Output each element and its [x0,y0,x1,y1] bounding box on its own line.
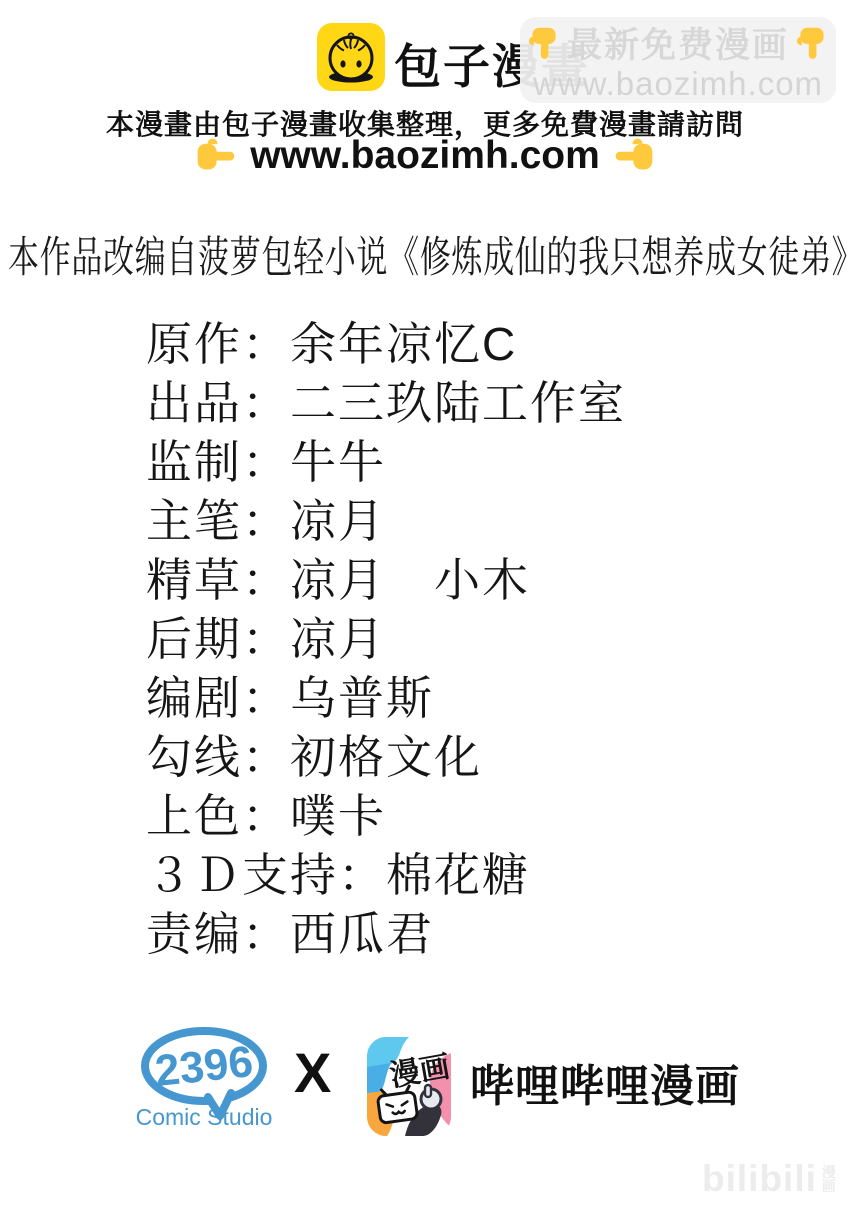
point-left-icon [612,134,656,178]
credit-line: 监制：牛牛 [146,433,626,492]
collab-x-mark: X [294,1040,331,1105]
credit-line: 编剧：乌普斯 [146,669,626,728]
credits-list: 原作：余年凉忆C 出品：二三玖陆工作室 监制：牛牛 主笔：凉月 精草：凉月 小木… [146,315,626,964]
credit-line: 原作：余年凉忆C [146,315,626,374]
studio-number: 2396 [153,1037,255,1096]
promo-line: 最新免费漫画 [525,18,831,68]
baozi-logo-icon [317,23,385,91]
bilibili-manga-label: 哔哩哔哩漫画 [470,1050,740,1114]
point-down-icon [525,24,563,62]
credit-line: 上色：噗卡 [146,787,626,846]
credit-line: 精草：凉月 小木 [146,551,626,610]
adaptation-note: 本作品改编自菠萝包轻小说《修炼成仙的我只想养成女徒弟》 [8,224,850,285]
studio-label: Comic Studio [132,1104,276,1131]
site-url-line: www.baozimh.com [0,134,850,178]
promo-url: www.baozimh.com [533,65,823,103]
promo-banner: 最新免费漫画 www.baozimh.com [520,17,836,103]
site-url: www.baozimh.com [250,134,600,178]
bilibili-watermark: bilibili 漫 画 [702,1158,836,1200]
comic-credits-page: 包子漫畫 最新免费漫画 www.baozimh.com 本漫畫由包子漫畫收 [0,0,850,1221]
credit-line: 主笔：凉月 [146,492,626,551]
credit-line: 后期：凉月 [146,610,626,669]
watermark-brand: bilibili [702,1158,817,1200]
credit-line: 勾线：初格文化 [146,728,626,787]
credit-line: 责编：西瓜君 [146,905,626,964]
watermark-manga-label: 漫 画 [822,1165,836,1193]
point-down-icon [793,24,831,62]
promo-text: 最新免费漫画 [567,18,789,68]
bilibili-manga-app-icon: 漫画 [367,1037,451,1136]
point-right-icon [194,134,238,178]
credit-line: ３Ｄ支持：棉花糖 [146,846,626,905]
credit-line: 出品：二三玖陆工作室 [146,374,626,433]
